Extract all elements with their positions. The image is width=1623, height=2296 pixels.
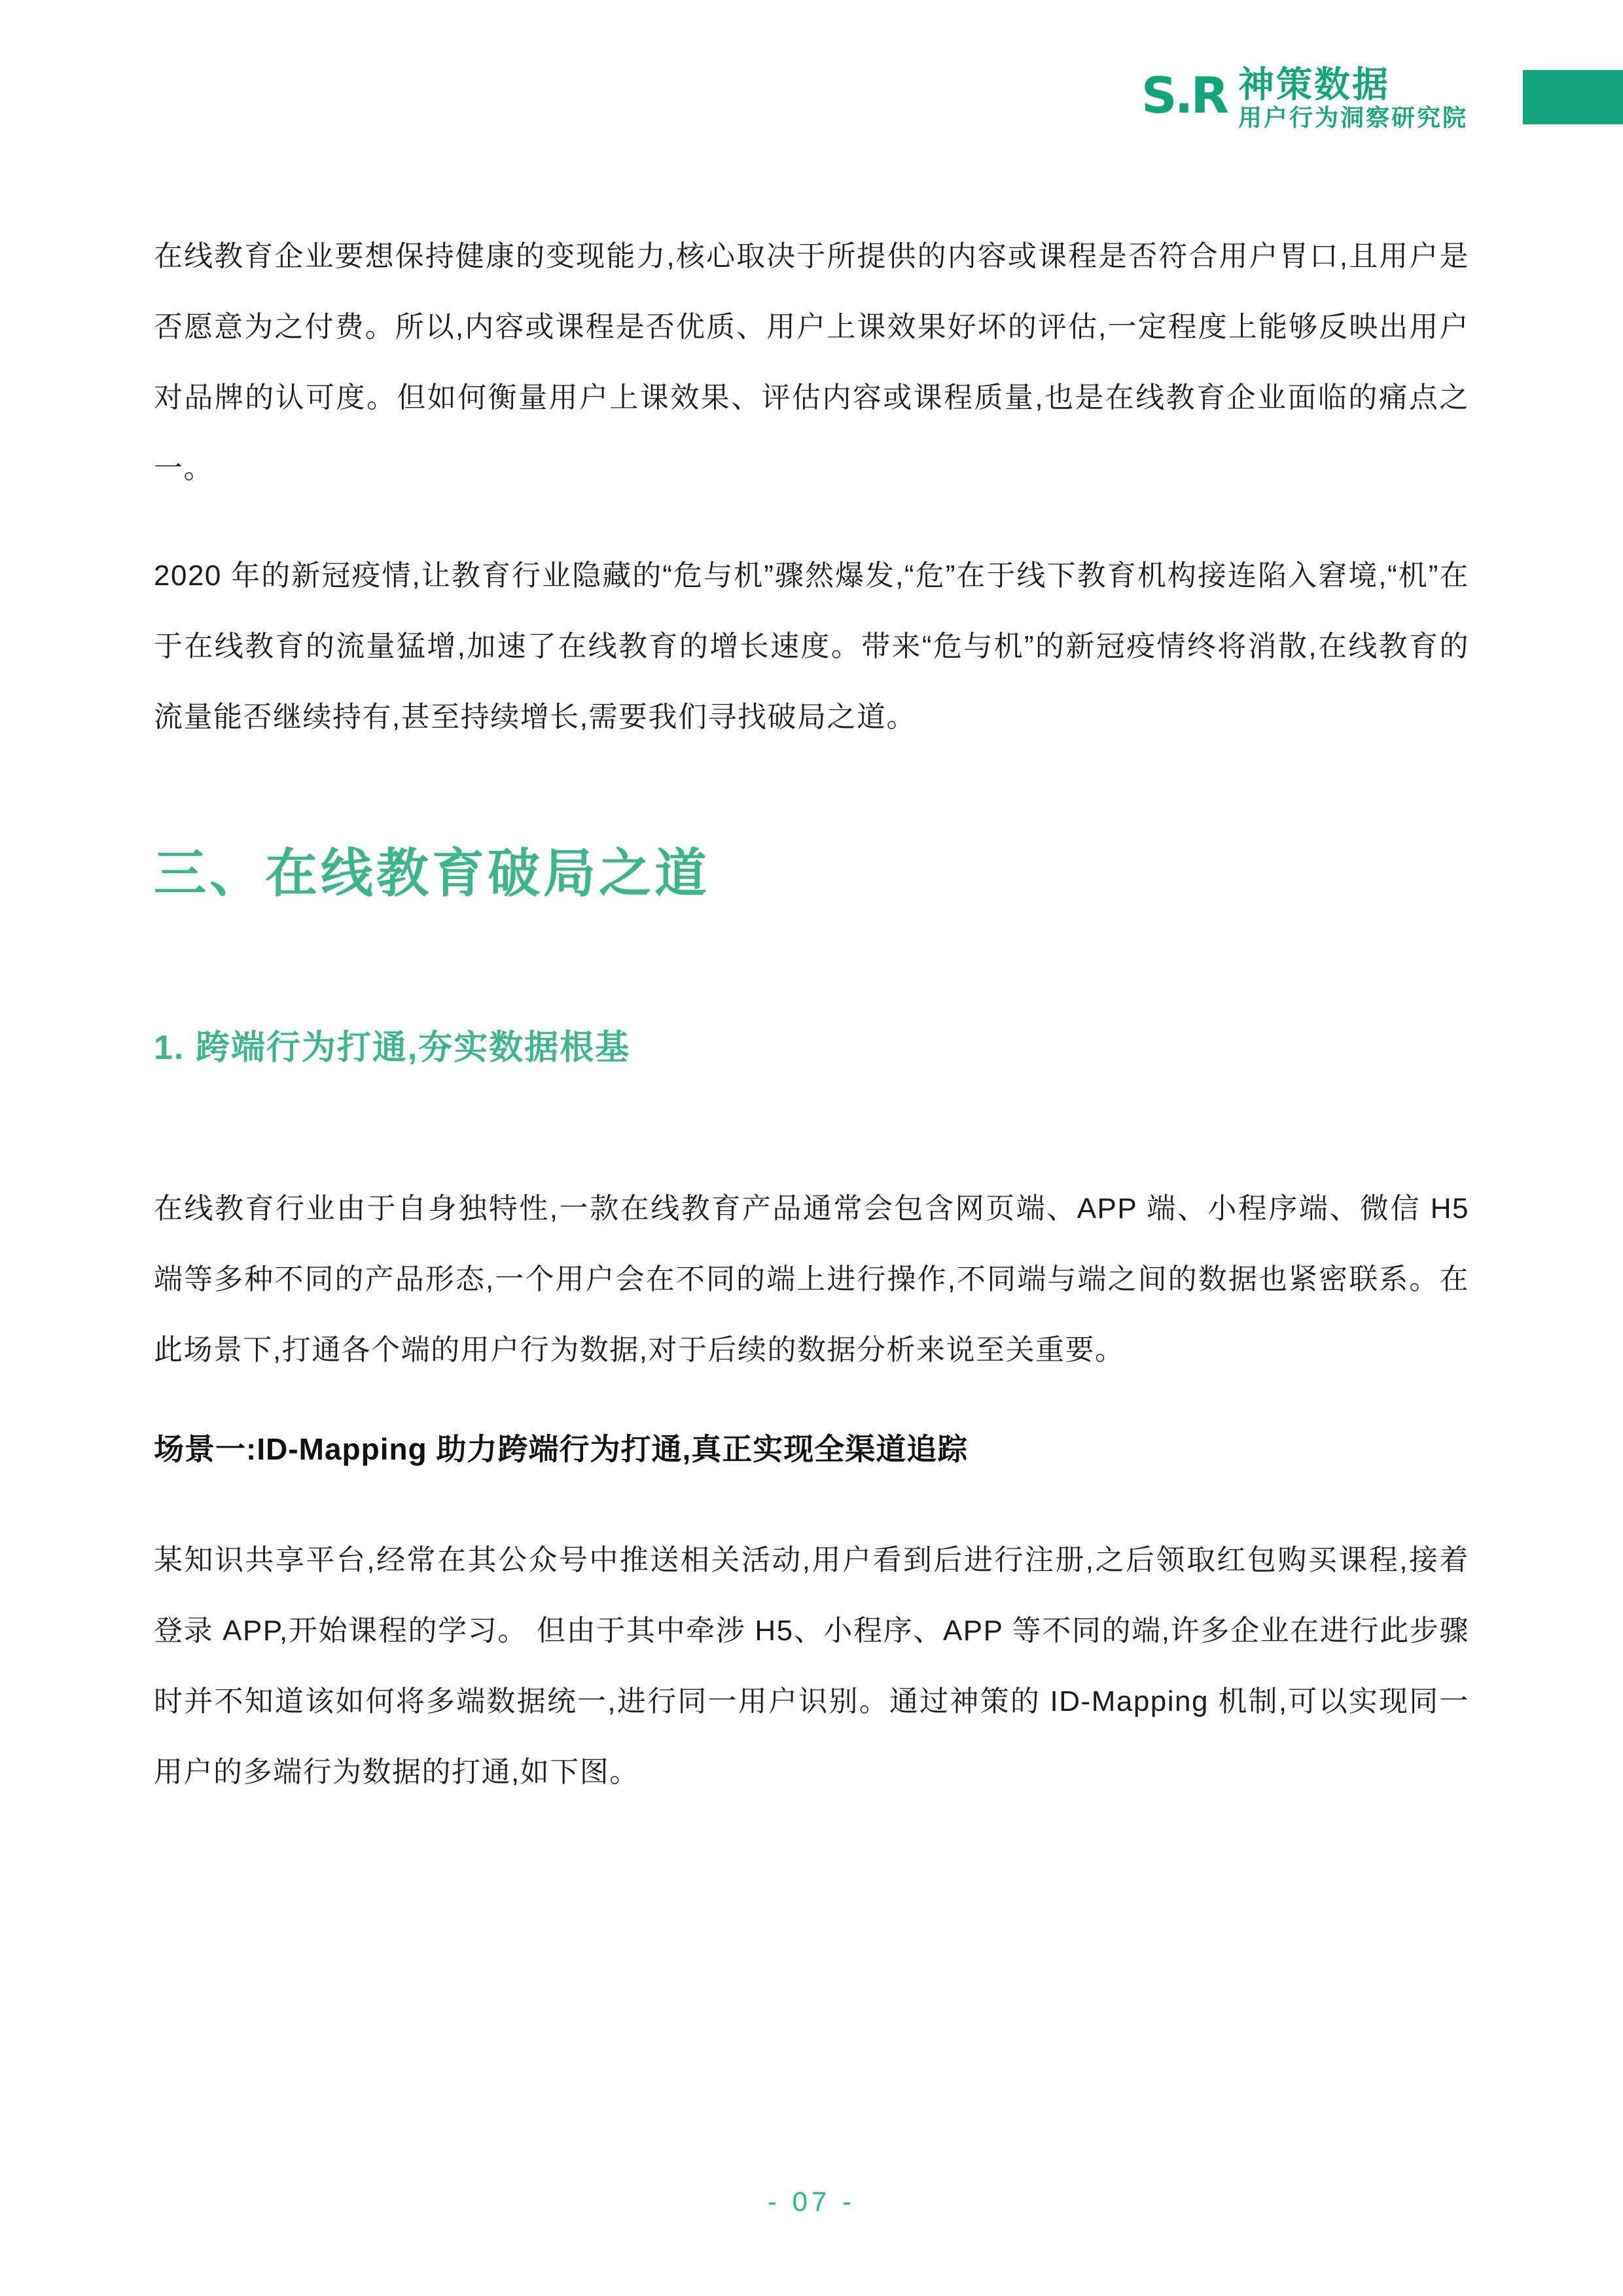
- page-body: 在线教育企业要想保持健康的变现能力,核心取决于所提供的内容或课程是否符合用户胃口…: [154, 0, 1469, 1808]
- page-number: - 07 -: [768, 2186, 855, 2217]
- paragraph-intro-monetization: 在线教育企业要想保持健康的变现能力,核心取决于所提供的内容或课程是否符合用户胃口…: [154, 221, 1469, 504]
- paragraph-cross-platform-products: 在线教育行业由于自身独特性,一款在线教育产品通常会包含网页端、APP 端、小程序…: [154, 1174, 1469, 1386]
- page-footer: - 07 -: [0, 2186, 1623, 2217]
- paragraph-id-mapping-case: 某知识共享平台,经常在其公众号中推送相关活动,用户看到后进行注册,之后领取红包购…: [154, 1525, 1469, 1808]
- subsection-heading: 1. 跨端行为打通,夯实数据根基: [154, 1026, 1469, 1070]
- paragraph-pandemic-crisis-opportunity: 2020 年的新冠疫情,让教育行业隐藏的“危与机”骤然爆发,“危”在于线下教育机…: [154, 541, 1469, 753]
- scenario-heading: 场景一:ID-Mapping 助力跨端行为打通,真正实现全渠道追踪: [154, 1429, 1469, 1469]
- document-page: S.R 神策数据 用户行为洞察研究院 在线教育企业要想保持健康的变现能力,核心取…: [0, 0, 1623, 2296]
- section-heading: 三、在线教育破局之道: [154, 842, 1469, 905]
- corner-accent-bar: [1523, 70, 1623, 124]
